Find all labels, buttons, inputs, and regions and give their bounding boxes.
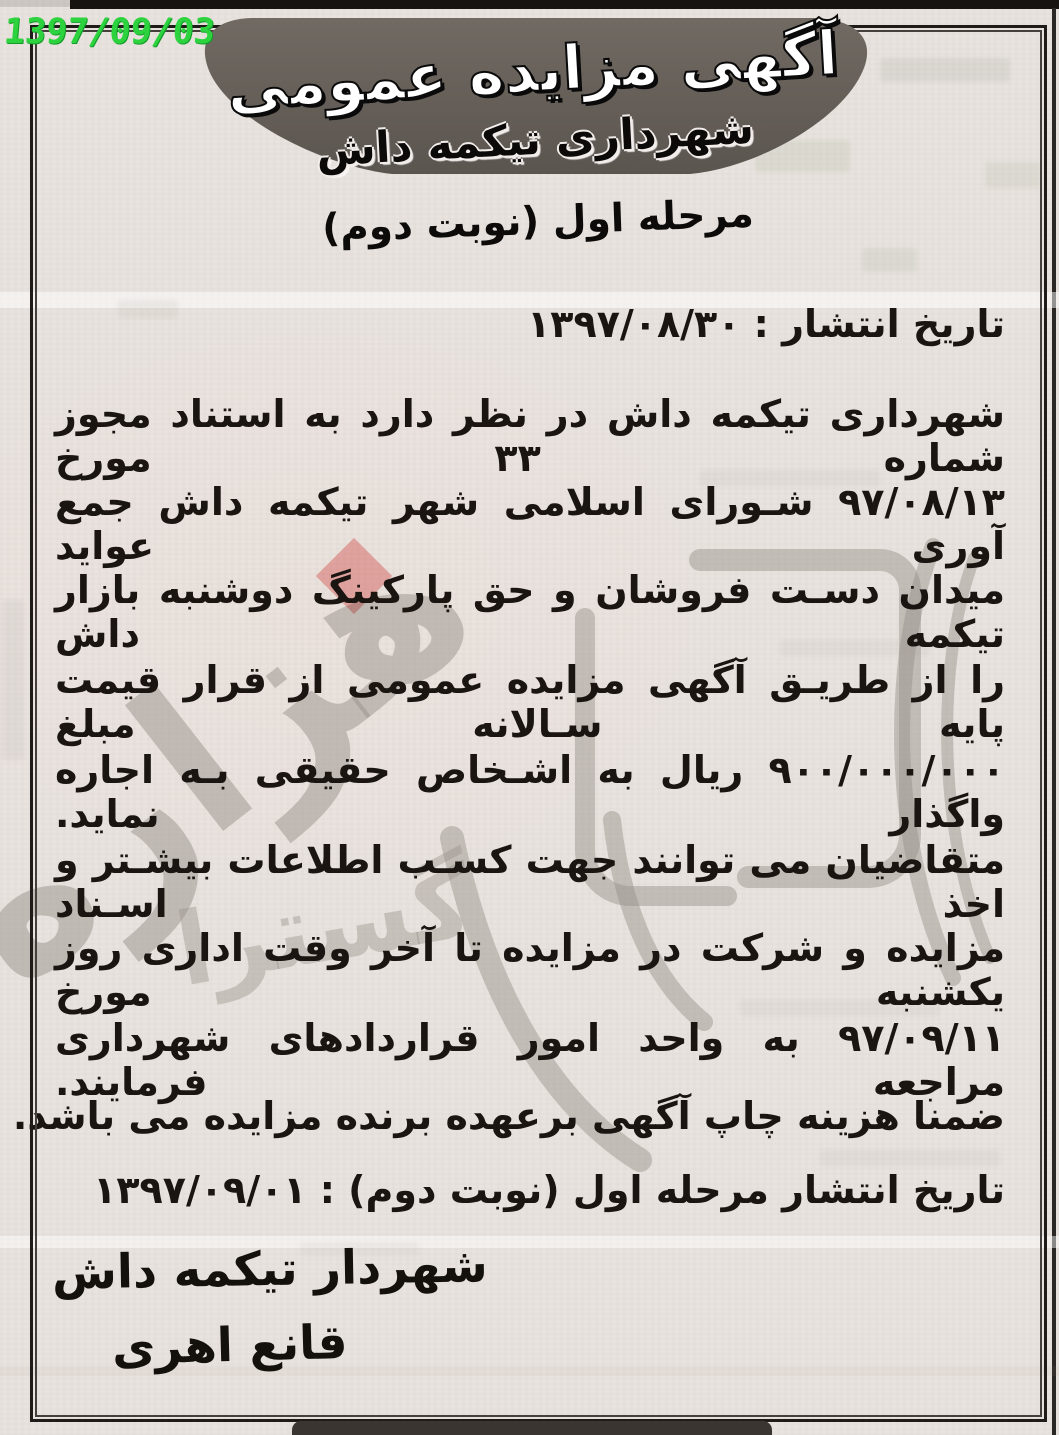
body-line: متقاضیان می توانند جهت کسـب اطلاعات بیشـ…: [55, 838, 1005, 904]
ink-bleed-ghost: [880, 58, 1010, 82]
body-line-stage-date: تاریخ انتشار مرحله اول (نوبت دوم) : ۱۳۹۷…: [55, 1168, 1005, 1234]
signature-name: قانع اهری: [111, 1315, 348, 1376]
newspaper-page: هزاره گسترا آگهی مزایده عمومی شهرداری تی…: [0, 0, 1059, 1435]
page-top-rule-fade: [0, 0, 70, 7]
body-line: مزایده و شرکت در مزایده تا آخر وقت اداری…: [55, 926, 1005, 992]
body-line-base-price: ۹۰۰/۰۰۰/۰۰۰ ریال به اشـخاص حقیقی بـه اجا…: [55, 748, 1005, 814]
ink-bleed-ghost: [862, 248, 917, 272]
ink-bleed-ghost: [985, 162, 1040, 188]
body-line: ۹۷/۰۸/۱۳ شـورای اسلامی شهر تیکمه داش جمع…: [55, 480, 1005, 546]
newspaper-scan: { "stamp": { "date": "1397/09/03" }, "he…: [0, 0, 1059, 1435]
signature-role: شهردار تیکمه داش: [52, 1238, 489, 1301]
column-rule-right: [1052, 8, 1056, 1435]
body-line: را از طریـق آگهی مزایده عمومی از قرار قی…: [55, 658, 1005, 724]
next-ad-top-bar: [292, 1421, 772, 1435]
body-line: میدان دسـت فروشان و حق پارکینگ دوشنبه با…: [55, 568, 1005, 634]
body-line-publish-date: تاریخ انتشار : ۱۳۹۷/۰۸/۳۰: [55, 302, 1005, 368]
ad-stage: مرحله اول (نوبت دوم): [317, 184, 759, 259]
ink-bleed-ghost: [2, 600, 24, 760]
date-stamp: 1397/09/03: [2, 12, 216, 52]
body-line-print-cost: ضمنا هزینه چاپ آگهی برعهده برنده مزایده …: [55, 1094, 1005, 1160]
body-line-deadline: ۹۷/۰۹/۱۱ به واحد امور قراردادهای شهرداری…: [55, 1016, 1005, 1082]
body-line: شهرداری تیکمه داش در نظر دارد به استناد …: [55, 392, 1005, 458]
